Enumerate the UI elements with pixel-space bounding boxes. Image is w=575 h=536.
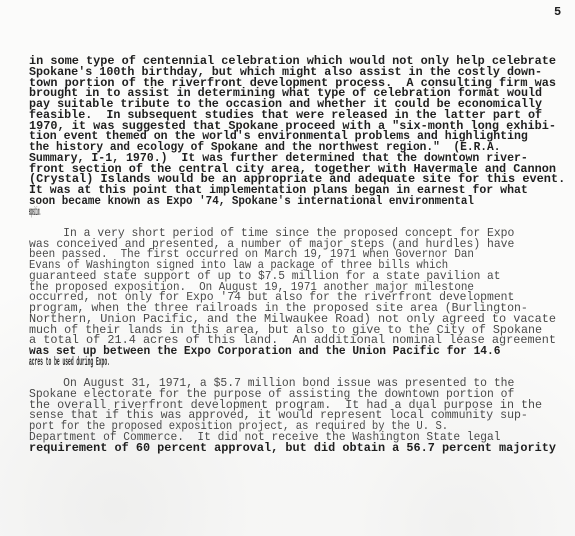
text-line: acres to be used during Expo.	[29, 357, 236, 368]
typewritten-page: 5 in some type of centennial celebration…	[0, 0, 575, 536]
text-line: soon became known as Expo '74, Spokane's…	[29, 196, 515, 207]
text-line: requirement of 60 percent approval, but …	[29, 443, 558, 454]
body-text: in some type of centennial celebration w…	[29, 56, 559, 453]
paragraph: in some type of centennial celebration w…	[29, 56, 559, 217]
paragraph: In a very short period of time since the…	[29, 228, 559, 368]
page-number: 5	[554, 5, 561, 19]
text-line: exposition.	[29, 207, 107, 218]
paragraph: On August 31, 1971, a $5.7 million bond …	[29, 378, 559, 453]
